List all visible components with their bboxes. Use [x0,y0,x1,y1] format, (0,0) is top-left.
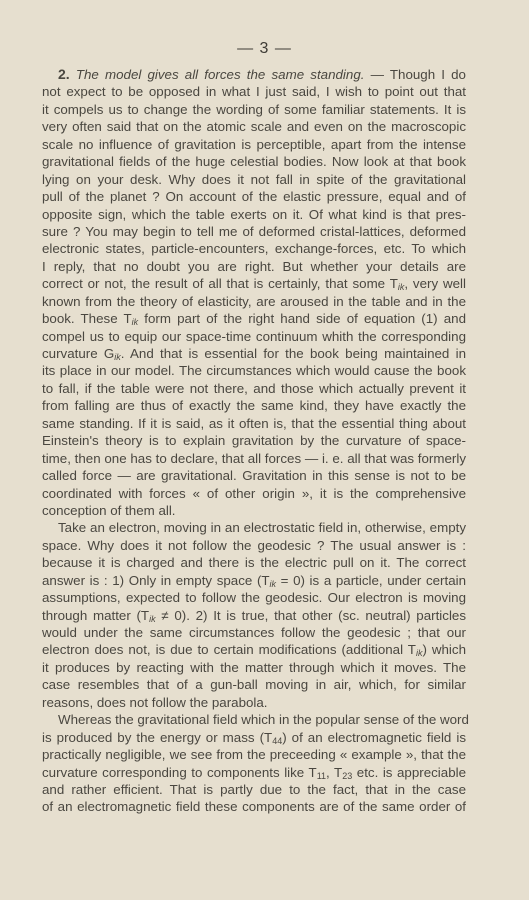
text-line: gravitational fields of the huge celesti… [42,153,466,170]
text-segment: curvature G [42,346,114,361]
text-line: and rather efficient. That is partly due… [42,781,466,798]
text-line: it produces by reacting with the matter … [42,659,466,676]
text-line: from falling are thus of exactly the sam… [42,397,466,414]
subscript: 44 [272,736,282,746]
text-line: sure ? You may begin to tell me of defor… [42,223,466,240]
section-number: 2. [58,66,70,82]
text-line: I reply, that no doubt you are right. Bu… [42,258,466,275]
text-line: time, then one has to declare, that all … [42,450,466,467]
page-number: — 3 — [0,40,529,58]
text-line: space. Why does it not follow the geodes… [42,537,466,554]
text-segment: ) which [422,642,466,657]
text-segment: . And that is essential for the book bei… [121,346,466,361]
text-line: book. These Tik form part of the right h… [42,310,466,327]
text-line: reasons, does not follow the parabola. [42,694,466,711]
text-line: assumptions, expected to follow the geod… [42,589,466,606]
text-segment: etc. is appreciable [352,765,466,780]
text-line: through matter (Tik ≠ 0). 2) It is true,… [42,607,466,624]
text-segment: , T [326,765,342,780]
text-segment: book. These T [42,311,132,326]
text-segment: correct or not, the result of all that i… [42,276,398,291]
text-segment: through matter (T [42,608,149,623]
text-segment: form part of the right hand side of equa… [138,311,466,326]
text-line: is produced by the energy or mass (T44) … [42,729,466,746]
text-line: of an electromagnetic field these compon… [42,798,466,815]
text-line: it compels us to change the wording of s… [42,101,466,118]
text-line: same standing. If it is said, as it ofte… [42,415,466,432]
text-segment: is produced by the energy or mass (T [42,730,272,745]
text-line: correct or not, the result of all that i… [42,275,466,292]
text-line: case resembles that of a gun-ball moving… [42,676,466,693]
section-heading-line: 2. The model gives all forces the same s… [42,66,466,83]
text-line: answer is : 1) Only in empty space (Tik … [42,572,466,589]
section-title-continuation: — Though I do [364,67,466,82]
text-segment: curvature corresponding to components li… [42,765,317,780]
text-line: coordinated with forces « of other origi… [42,485,466,502]
text-line: compel us to equip our space-time contin… [42,328,466,345]
text-line: opposite sign, which the table exerts on… [42,206,466,223]
text-line: scale no influence of gravitation is per… [42,136,466,153]
text-segment: ) of an electromagnetic field is [282,730,466,745]
text-line: conception of them all. [42,502,466,519]
text-line: because it is charged and there is the e… [42,554,466,571]
text-line: Take an electron, moving in an electrost… [42,519,466,536]
text-line: electron does not, is due to certain mod… [42,641,466,658]
text-line: electronic states, particle-encounters, … [42,240,466,257]
text-line: curvature Gik. And that is essential for… [42,345,466,362]
text-line: Einstein's theory is to explain gravitat… [42,432,466,449]
text-line: pull of the planet ? On account of the e… [42,188,466,205]
text-segment: = 0) is a particle, under certain [276,573,466,588]
text-line: known from the theory of elasticity, are… [42,293,466,310]
text-line: lying on your desk. Why does it not fall… [42,171,466,188]
text-segment: electron does not, is due to certain mod… [42,642,416,657]
text-line: to fall, if the table were not there, an… [42,380,466,397]
text-line: very often said that on the atomic scale… [42,118,466,135]
text-line: curvature corresponding to components li… [42,764,466,781]
text-line: its place in our model. The circumstance… [42,362,466,379]
text-segment: answer is : 1) Only in empty space (T [42,573,270,588]
text-line: called force — are gravitational. Gravit… [42,467,466,484]
text-line: practically negligible, we see from the … [42,746,466,763]
text-line: Whereas the gravitational field which in… [42,711,466,728]
text-line: not expect to be opposed in what I just … [42,83,466,100]
body-text: 2. The model gives all forces the same s… [42,66,466,816]
section-title: The model gives all forces the same stan… [76,67,365,82]
text-segment: , very well [404,276,466,291]
subscript: 11 [317,771,326,781]
text-segment: ≠ 0). 2) It is true, that other (sc. neu… [156,608,466,623]
subscript: 23 [342,771,352,781]
text-line: would under the same circumstances follo… [42,624,466,641]
